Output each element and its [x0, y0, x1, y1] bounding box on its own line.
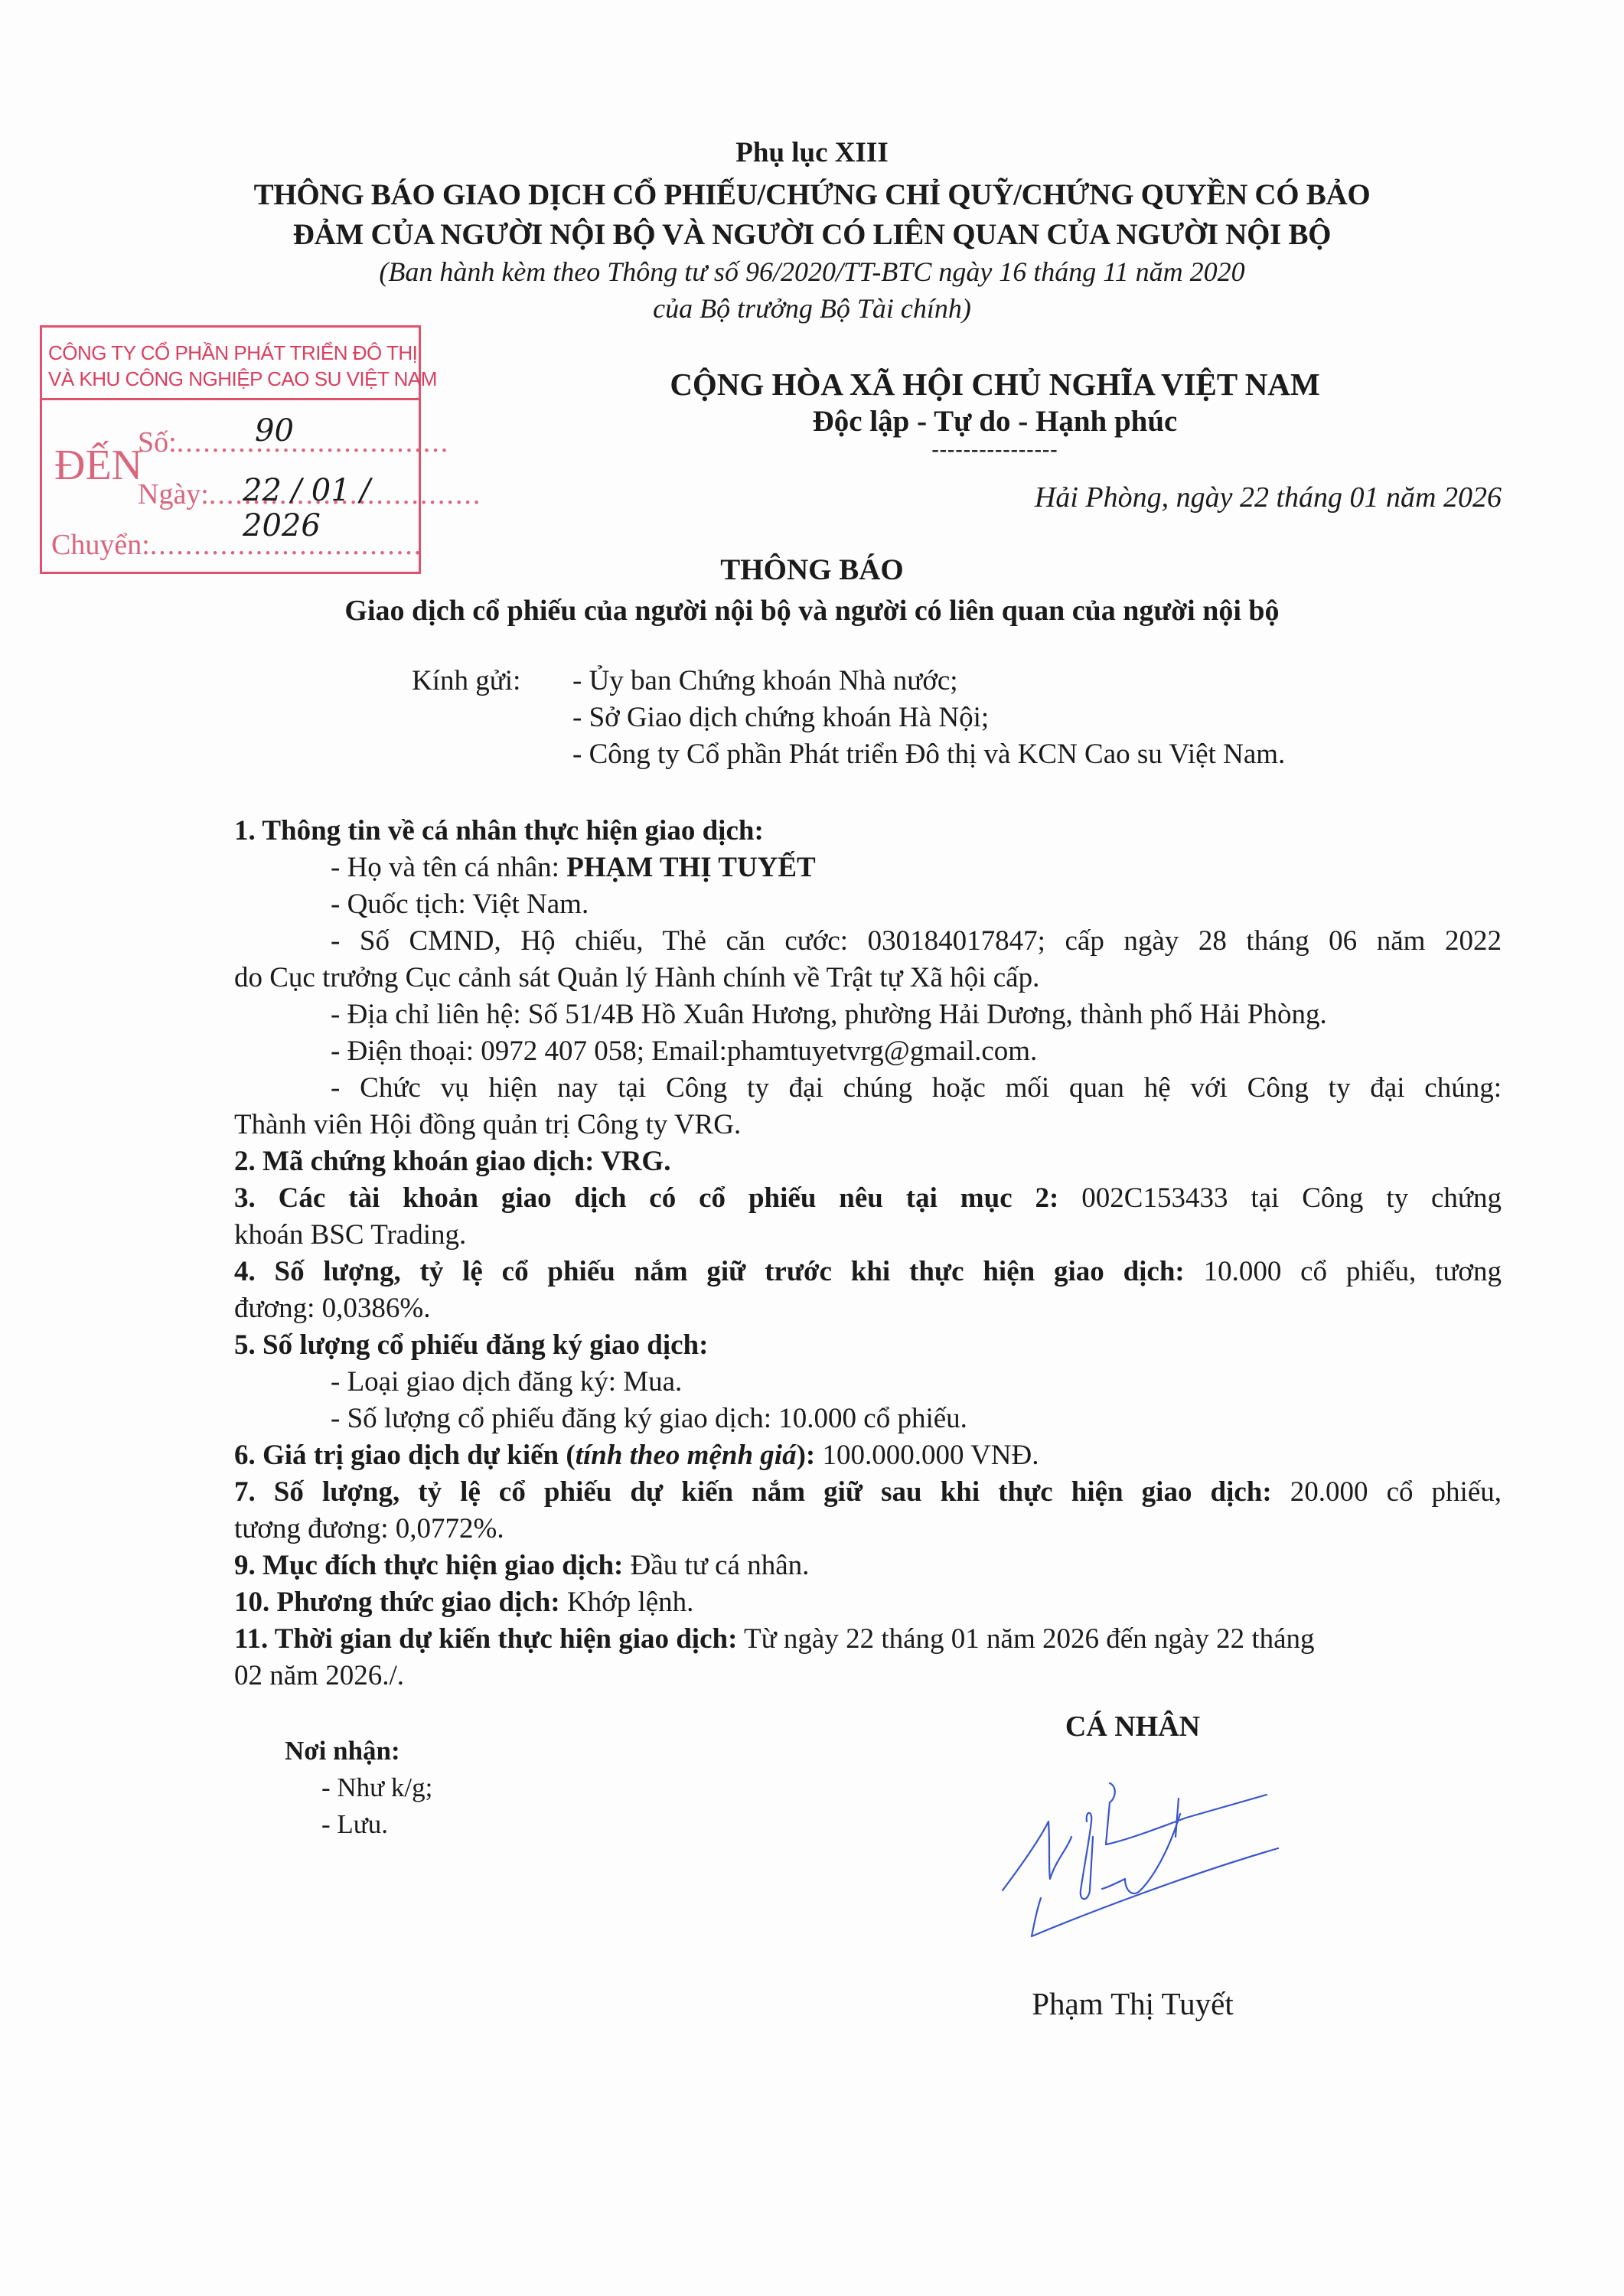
section-6-value: 100.000.000 VNĐ. [815, 1440, 1039, 1471]
section-2-heading: 2. Mã chứng khoán giao dịch: VRG. [234, 1145, 1502, 1178]
stamp-so-value: 90 [255, 413, 294, 448]
section-3-value: 002C153433 tại Công ty chứng [1058, 1182, 1502, 1214]
person-name-label: - Họ và tên cá nhân: [331, 852, 566, 883]
person-name-value: PHẠM THỊ TUYẾT [566, 852, 816, 883]
stamp-divider [42, 398, 419, 400]
section-9-heading: 9. Mục đích thực hiện giao dịch: [234, 1550, 623, 1581]
document-subtitle-line1: (Ban hành kèm theo Thông tư số 96/2020/T… [0, 256, 1624, 288]
section-4-value: 10.000 cổ phiếu, tương [1185, 1256, 1502, 1287]
nationality: - Quốc tịch: Việt Nam. [331, 888, 1502, 921]
stamp-ngay-label: Ngày: [138, 478, 209, 510]
section-1-heading: 1. Thông tin về cá nhân thực hiện giao d… [234, 814, 1502, 847]
section-10-row: 10. Phương thức giao dịch: Khớp lệnh. [234, 1586, 1502, 1619]
stamp-so-label: Số: [138, 426, 177, 458]
id-line: - Số CMND, Hộ chiếu, Thẻ căn cước: 03018… [331, 925, 1502, 957]
section-10-value: Khớp lệnh. [560, 1587, 694, 1618]
notice-title: THÔNG BÁO [0, 553, 1624, 587]
section-9-row: 9. Mục đích thực hiện giao dịch: Đầu tư … [234, 1549, 1502, 1582]
position-line: - Chức vụ hiện nay tại Công ty đại chúng… [331, 1071, 1502, 1104]
section-9-value: Đầu tư cá nhân. [623, 1550, 809, 1581]
recipient-item: - Công ty Cổ phần Phát triển Đô thị và K… [572, 738, 1285, 771]
receiver-item: - Lưu. [321, 1809, 388, 1840]
recipient-item: - Sở Giao dịch chứng khoán Hà Nội; [572, 701, 989, 734]
section-7-value: 20.000 cổ phiếu, [1272, 1476, 1502, 1508]
person-name-row: - Họ và tên cá nhân: PHẠM THỊ TUYẾT [331, 851, 1502, 884]
section-7-row: 7. Số lượng, tỷ lệ cổ phiếu dự kiến nắm … [234, 1476, 1502, 1508]
nation-motto: Độc lập - Tự do - Hạnh phúc [459, 404, 1531, 439]
section-11-value-cont: 02 năm 2026./. [234, 1659, 1502, 1692]
section-11-row: 11. Thời gian dự kiến thực hiện giao dịc… [234, 1623, 1502, 1655]
section-5-heading: 5. Số lượng cổ phiếu đăng ký giao dịch: [234, 1329, 1502, 1362]
id-issuer-line: do Cục trưởng Cục cảnh sát Quản lý Hành … [234, 961, 1502, 994]
receiver-item: - Như k/g; [321, 1773, 432, 1803]
transaction-quantity: - Số lượng cổ phiếu đăng ký giao dịch: 1… [331, 1402, 1502, 1435]
stamp-company-line2: VÀ KHU CÔNG NGHIỆP CAO SU VIỆT NAM [48, 367, 414, 391]
transaction-type: - Loại giao dịch đăng ký: Mua. [331, 1365, 1502, 1398]
section-7-heading: 7. Số lượng, tỷ lệ cổ phiếu dự kiến nắm … [234, 1476, 1272, 1508]
stamp-dots: ............................... [177, 426, 450, 458]
signer-name: Phạm Thị Tuyết [918, 1985, 1347, 2022]
section-6-heading: 6. Giá trị giao dịch dự kiến ( [234, 1440, 576, 1471]
document-subtitle-line2: của Bộ trưởng Bộ Tài chính) [0, 292, 1624, 325]
section-4-value-cont: đương: 0,0386%. [234, 1292, 1502, 1325]
notice-subtitle: Giao dịch cổ phiếu của người nội bộ và n… [0, 594, 1624, 628]
position-value: Thành viên Hội đồng quản trị Công ty VRG… [234, 1108, 1502, 1141]
received-stamp: CÔNG TY CỔ PHẦN PHÁT TRIỂN ĐÔ THỊ VÀ KHU… [40, 325, 421, 574]
stamp-ngay-value: 22 / 01 / 2026 [243, 473, 419, 543]
section-6-heading-end: ): [797, 1440, 816, 1471]
nation-name: CỘNG HÒA XÃ HỘI CHỦ NGHĨA VIỆT NAM [459, 366, 1531, 403]
recipient-label: Kính gửi: [412, 664, 520, 697]
stamp-den-label: ĐẾN [54, 441, 142, 490]
section-11-value: Từ ngày 22 tháng 01 năm 2026 đến ngày 22… [737, 1623, 1314, 1655]
separator: ---------------- [459, 438, 1531, 462]
section-3-heading: 3. Các tài khoản giao dịch có cổ phiếu n… [234, 1182, 1058, 1214]
document-title-line1: THÔNG BÁO GIAO DỊCH CỔ PHIẾU/CHỨNG CHỈ Q… [0, 178, 1624, 212]
recipient-item: - Ủy ban Chứng khoán Nhà nước; [572, 664, 958, 697]
section-4-heading: 4. Số lượng, tỷ lệ cổ phiếu nắm giữ trướ… [234, 1256, 1185, 1287]
section-10-heading: 10. Phương thức giao dịch: [234, 1587, 560, 1618]
document-title-line2: ĐẢM CỦA NGƯỜI NỘI BỘ VÀ NGƯỜI CÓ LIÊN QU… [0, 217, 1624, 252]
section-7-value-cont: tương đương: 0,0772%. [234, 1512, 1502, 1545]
section-4-row: 4. Số lượng, tỷ lệ cổ phiếu nắm giữ trướ… [234, 1255, 1502, 1288]
phone-email: - Điện thoại: 0972 407 058; Email:phamtu… [331, 1035, 1502, 1068]
section-6-row: 6. Giá trị giao dịch dự kiến (tính theo … [234, 1439, 1502, 1472]
appendix-label: Phụ lục XIII [0, 136, 1624, 169]
receivers-title: Nơi nhận: [285, 1736, 400, 1766]
section-3-value-cont: khoán BSC Trading. [234, 1218, 1502, 1251]
section-11-heading: 11. Thời gian dự kiến thực hiện giao dịc… [234, 1623, 737, 1655]
section-3-row: 3. Các tài khoản giao dịch có cổ phiếu n… [234, 1182, 1502, 1215]
place-date: Hải Phòng, ngày 22 tháng 01 năm 2026 [1035, 481, 1502, 514]
address: - Địa chỉ liên hệ: Số 51/4B Hồ Xuân Hươn… [331, 998, 1502, 1031]
section-6-heading-italic: tính theo mệnh giá [576, 1440, 797, 1471]
signature-icon [995, 1776, 1286, 1959]
signer-title: CÁ NHÂN [918, 1710, 1347, 1743]
stamp-company-line1: CÔNG TY CỔ PHẦN PHÁT TRIỂN ĐÔ THỊ [48, 341, 414, 365]
